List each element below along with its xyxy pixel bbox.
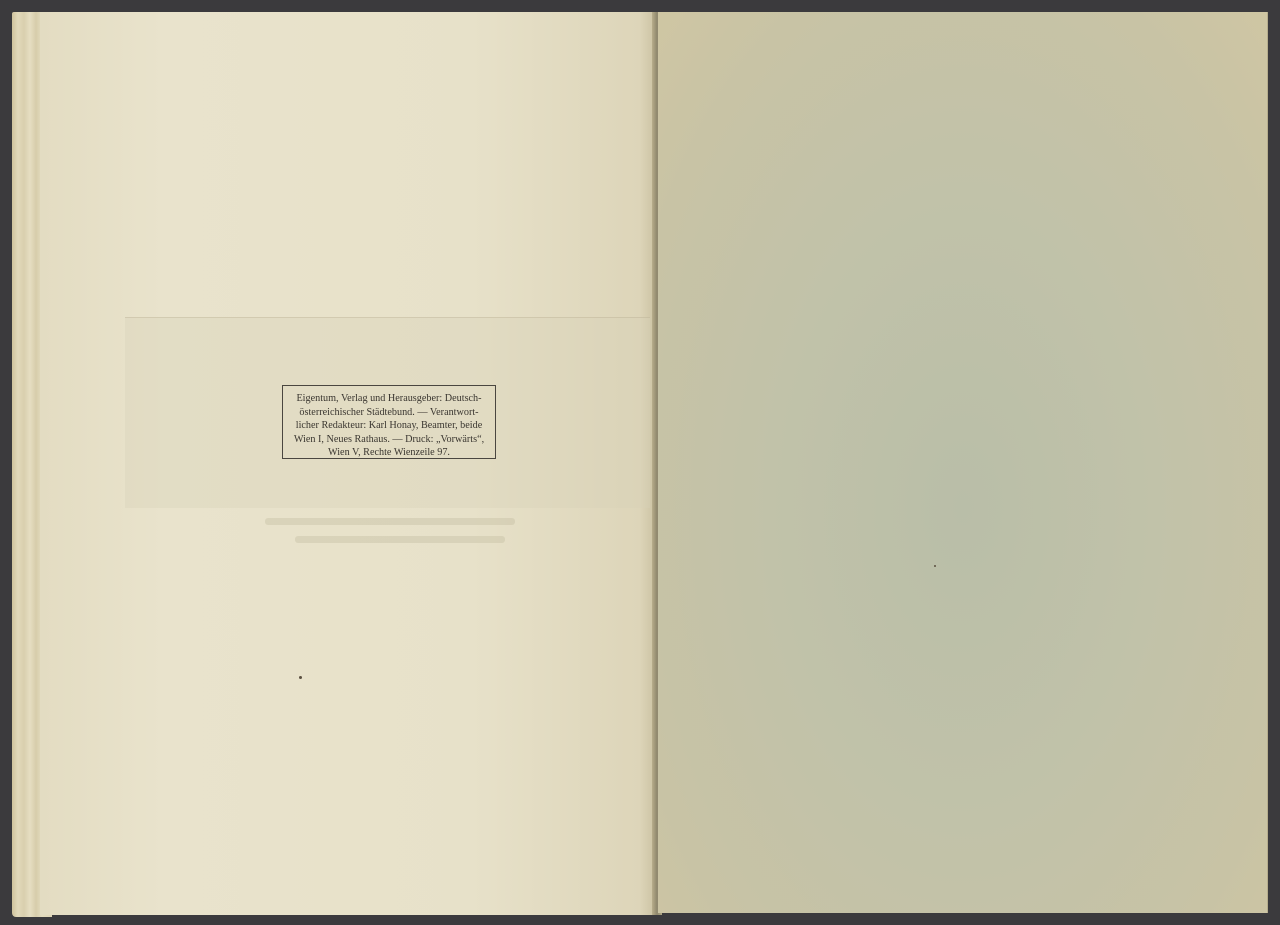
paper-speck [934, 565, 936, 567]
book-spread: Eigentum, Verlag und Herausgeber: Deutsc… [0, 0, 1280, 925]
imprint-line: Wien V, Rechte Wienzeile 97. [287, 446, 491, 460]
imprint-line: österreichischer Städtebund. — Verantwor… [287, 406, 491, 420]
imprint-line: Wien I, Neues Rathaus. — Druck: „Vorwärt… [287, 433, 491, 447]
imprint-line: licher Redakteur: Karl Honay, Beamter, b… [287, 419, 491, 433]
right-page [658, 12, 1268, 913]
left-page [40, 12, 658, 915]
imprint-line: Eigentum, Verlag und Herausgeber: Deutsc… [287, 392, 491, 406]
imprint-box: Eigentum, Verlag und Herausgeber: Deutsc… [282, 385, 496, 459]
paper-speck [299, 676, 302, 679]
